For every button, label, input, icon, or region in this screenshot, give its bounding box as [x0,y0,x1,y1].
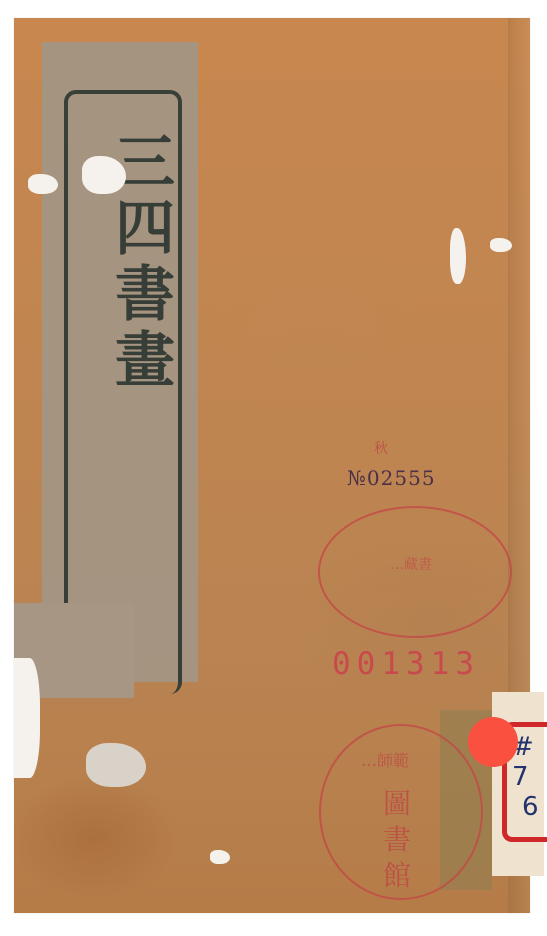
paper-hole [450,228,466,284]
call-number-line: 6 [512,792,539,822]
book-cover: 三四書畫 秋 №02555 …藏書 001313 …師範 圖 書 館 # 7 6 [14,18,530,913]
serial-mark: 秋 [374,438,388,458]
round-stamp-char: 書 [383,818,411,858]
paper-hole [86,743,146,787]
call-number-line: 7 [512,762,539,792]
serial-number: №02555 [347,466,436,490]
paper-hole [14,658,40,778]
oval-library-stamp: …藏書 [318,506,512,638]
oval-stamp-text: …藏書 [390,554,432,574]
round-stamp-char: 圖 [383,782,411,822]
accession-number: 001313 [332,646,480,682]
round-library-stamp: …師範 圖 書 館 [319,724,483,900]
round-stamp-top-text: …師範 [361,748,409,771]
paper-hole [210,850,230,864]
red-marker-dot [468,717,518,767]
title-slip: 三四書畫 [42,42,198,682]
paper-hole [28,174,58,194]
paper-hole [490,238,512,252]
paper-hole [82,156,126,194]
round-stamp-char: 館 [383,854,411,894]
